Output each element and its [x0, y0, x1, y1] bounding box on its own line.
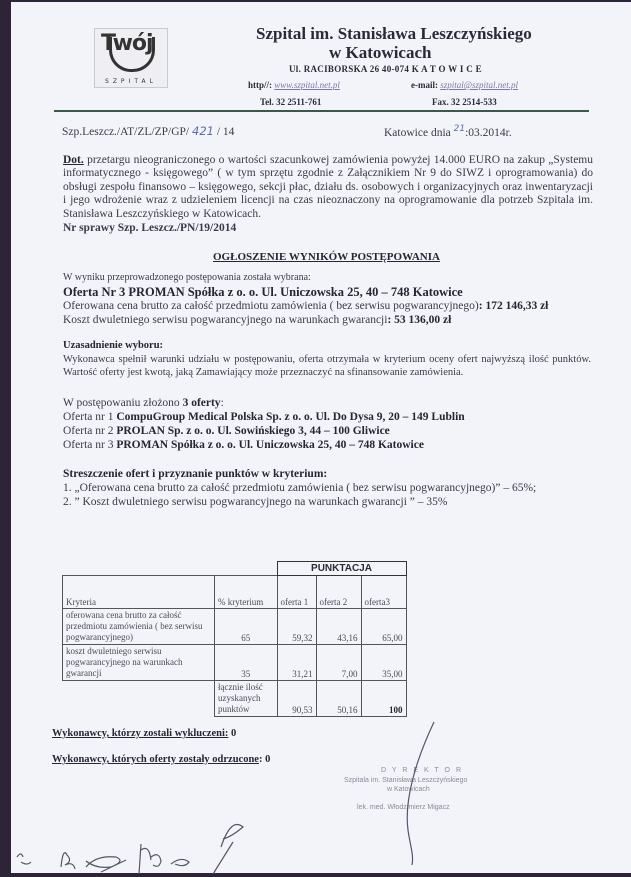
scoring-group-header: PUNKTACJA	[277, 562, 406, 576]
subject-paragraph: Dot. przetargu nieograniczonego o wartoś…	[63, 154, 593, 221]
offer-1-score: 31,21	[277, 645, 316, 681]
logo-subtitle: SZPITAL	[95, 78, 167, 85]
website-line: http//: www.szpital.net.pl	[248, 80, 340, 90]
hospital-logo: Twój SZPITAL	[94, 28, 168, 88]
offers-intro: W postępowaniu złożono 3 oferty:	[63, 397, 224, 409]
offers-count: 3 oferty	[183, 397, 221, 409]
hospital-name: Szpital im. Stanisława Leszczyńskiego	[256, 24, 532, 44]
selected-offer: Oferta Nr 3 PROMAN Spółka z o. o. Ul. Un…	[63, 285, 463, 300]
justification-text: Wykonawca spełnił warunki udziału w post…	[63, 353, 591, 379]
email-link[interactable]: szpital@szpital.net.pl	[440, 80, 518, 90]
criteria-item: 2. ” Koszt dwuletniego serwisu pogwaranc…	[63, 496, 448, 508]
announcement-heading: OGŁOSZENIE WYNIKÓW POSTĘPOWANIA	[213, 251, 440, 263]
criterion-weight: 65	[215, 609, 278, 645]
email-label: e-mail:	[411, 80, 438, 90]
rejected-count: : 0	[259, 754, 270, 765]
total-row: łącznie ilość uzyskanych punktów 90,53 5…	[63, 681, 407, 717]
offer-2-score: 7,00	[316, 645, 361, 681]
offer-price-line: Oferowana cena brutto za całość przedmio…	[63, 300, 548, 312]
offer-label: Oferta nr 3	[63, 439, 116, 451]
offer-price-label: Oferowana cena brutto za całość przedmio…	[63, 300, 479, 312]
hospital-city: w Katowicach	[329, 43, 431, 63]
excluded-count: 0	[228, 728, 236, 739]
offer-3-score: 65,00	[361, 609, 406, 645]
column-header-offer-2: oferta 2	[316, 576, 361, 609]
date-prefix: Katowice dnia	[384, 127, 451, 139]
rejected-label: Wykonawcy, których oferty zostały odrzuc…	[52, 754, 259, 765]
offer-price-value: : 172 146,33 zł	[479, 300, 549, 312]
offers-intro-suffix: :	[221, 397, 224, 409]
phone-number: Tel. 32 2511-761	[260, 97, 321, 107]
offer-item: Oferta nr 1 CompuGroup Medical Polska Sp…	[63, 411, 465, 423]
column-header-criteria: Kryteria	[63, 576, 215, 609]
offer-item: Oferta nr 3 PROMAN Spółka z o. o. Ul. Un…	[63, 439, 424, 451]
table-row: oferowana cena brutto za całość przedmio…	[63, 609, 407, 645]
offer-2-score: 43,16	[316, 609, 361, 645]
excluded-contractors: Wykonawcy, którzy zostali wykluczeni: 0	[52, 728, 236, 739]
reference-handwritten: 421	[192, 124, 214, 138]
email-line: e-mail: szpital@szpital.net.pl	[411, 80, 518, 90]
criterion-weight: 35	[215, 645, 278, 681]
reference-suffix: / 14	[217, 126, 235, 138]
column-header-weight: % kryterium	[215, 576, 278, 609]
offer-label: Oferta nr 2	[63, 425, 116, 437]
column-header-offer-1: oferta 1	[277, 576, 316, 609]
date-handwritten: 21	[454, 124, 465, 134]
service-cost-label: Koszt dwuletniego serwisu pogwarancyjneg…	[63, 314, 387, 326]
reference-number: Szp.Leszcz./AT/ZL/ZP/GP/ 421 / 14	[62, 124, 234, 138]
service-cost-line: Koszt dwuletniego serwisu pogwarancyjneg…	[63, 314, 451, 326]
offer-label: Oferta nr 1	[63, 411, 116, 423]
excluded-label: Wykonawcy, którzy zostali wykluczeni:	[52, 728, 228, 739]
criteria-item: 1. „Oferowana cena brutto za całość prze…	[63, 482, 536, 494]
subject-text: przetargu nieograniczonego o wartości sz…	[63, 154, 593, 220]
website-link[interactable]: www.szpital.net.pl	[274, 80, 340, 90]
offer-1-score: 59,32	[277, 609, 316, 645]
announcement-intro: W wyniku przeprowadzonego postępowania z…	[63, 272, 311, 283]
scoring-table: PUNKTACJA Kryteria % kryterium oferta 1 …	[62, 561, 407, 717]
reference-prefix: Szp.Leszcz./AT/ZL/ZP/GP/	[62, 126, 189, 138]
table-row: koszt dwuletniego serwisu pogwarancyjneg…	[63, 645, 407, 681]
director-signature-icon	[396, 720, 436, 870]
offers-intro-prefix: W postępowaniu złożono	[63, 397, 183, 409]
document-page: Twój SZPITAL Szpital im. Stanisława Lesz…	[11, 2, 631, 873]
document-date: Katowice dnia 21:03.2014r.	[384, 124, 512, 139]
offer-3-score: 35,00	[361, 645, 406, 681]
offer-name: PROLAN Sp. z o. o. Ul. Sowińskiego 3, 44…	[116, 425, 389, 437]
rejected-offers: Wykonawcy, których oferty zostały odrzuc…	[52, 754, 270, 765]
case-number: Nr sprawy Szp. Leszcz./PN/19/2014	[63, 222, 593, 235]
service-cost-value: : 53 136,00 zł	[387, 314, 451, 326]
hospital-address: Ul. RACIBORSKA 26 40-074 K A T O W I C E	[289, 64, 482, 74]
logo-wordmark: Twój	[101, 31, 153, 56]
offer-3-total: 100	[361, 681, 406, 717]
header-divider	[54, 110, 589, 112]
total-label: łącznie ilość uzyskanych punktów	[215, 681, 278, 717]
criterion-name: koszt dwuletniego serwisu pogwarancyjneg…	[63, 645, 215, 681]
handwritten-initials-icon	[11, 822, 291, 877]
justification-heading: Uzasadnienie wyboru:	[63, 340, 163, 351]
date-suffix: :03.2014r.	[465, 127, 512, 139]
offer-name: CompuGroup Medical Polska Sp. z o. o. Ul…	[116, 411, 464, 423]
website-label: http//:	[248, 80, 272, 90]
column-header-offer-3: oferta3	[361, 576, 406, 609]
offer-name: PROMAN Spółka z o. o. Ul. Uniczowska 25,…	[116, 439, 424, 451]
subject-label: Dot.	[63, 154, 84, 166]
criteria-heading: Streszczenie ofert i przyznanie punktów …	[63, 468, 327, 480]
fax-number: Fax. 32 2514-533	[432, 97, 497, 107]
criterion-name: oferowana cena brutto za całość przedmio…	[63, 609, 215, 645]
offer-2-total: 50,16	[316, 681, 361, 717]
offer-1-total: 90,53	[277, 681, 316, 717]
offer-item: Oferta nr 2 PROLAN Sp. z o. o. Ul. Sowiń…	[63, 425, 390, 437]
